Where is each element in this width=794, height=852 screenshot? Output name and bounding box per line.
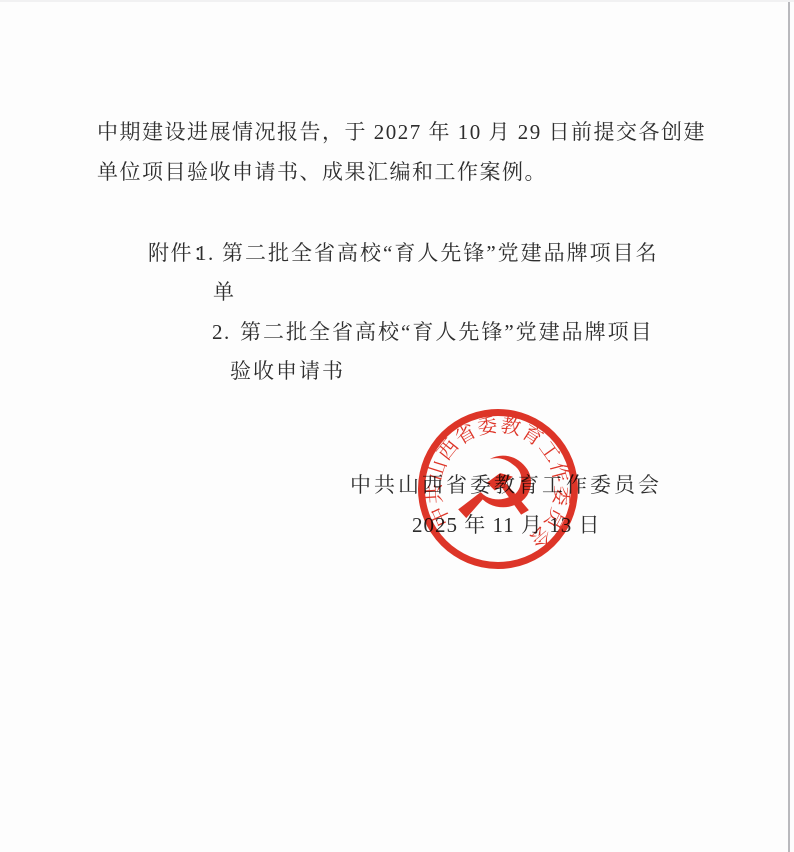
official-seal: 中共山西省委教育工作委员会 ☭ [397,388,599,590]
body-paragraph-line-2: 单位项目验收申请书、成果汇编和工作案例。 [97,159,547,185]
attachment-1-line-1: 第二批全省高校“育人先锋”党建品牌项目名 [222,240,659,266]
page-edge-line [788,2,790,852]
document-page: 中期建设进展情况报告，于 2027 年 10 月 29 日前提交各创建 单位项目… [0,0,794,852]
attachment-1-number: 1. [196,240,215,266]
attachment-2-number: 2. [212,319,231,345]
attachment-1-line-2: 单 [213,279,236,305]
body-paragraph-line-1: 中期建设进展情况报告，于 2027 年 10 月 29 日前提交各创建 [97,119,706,145]
attachment-2-line-2: 验收申请书 [230,358,345,384]
attachment-2-line-1: 第二批全省高校“育人先锋”党建品牌项目 [240,319,654,345]
